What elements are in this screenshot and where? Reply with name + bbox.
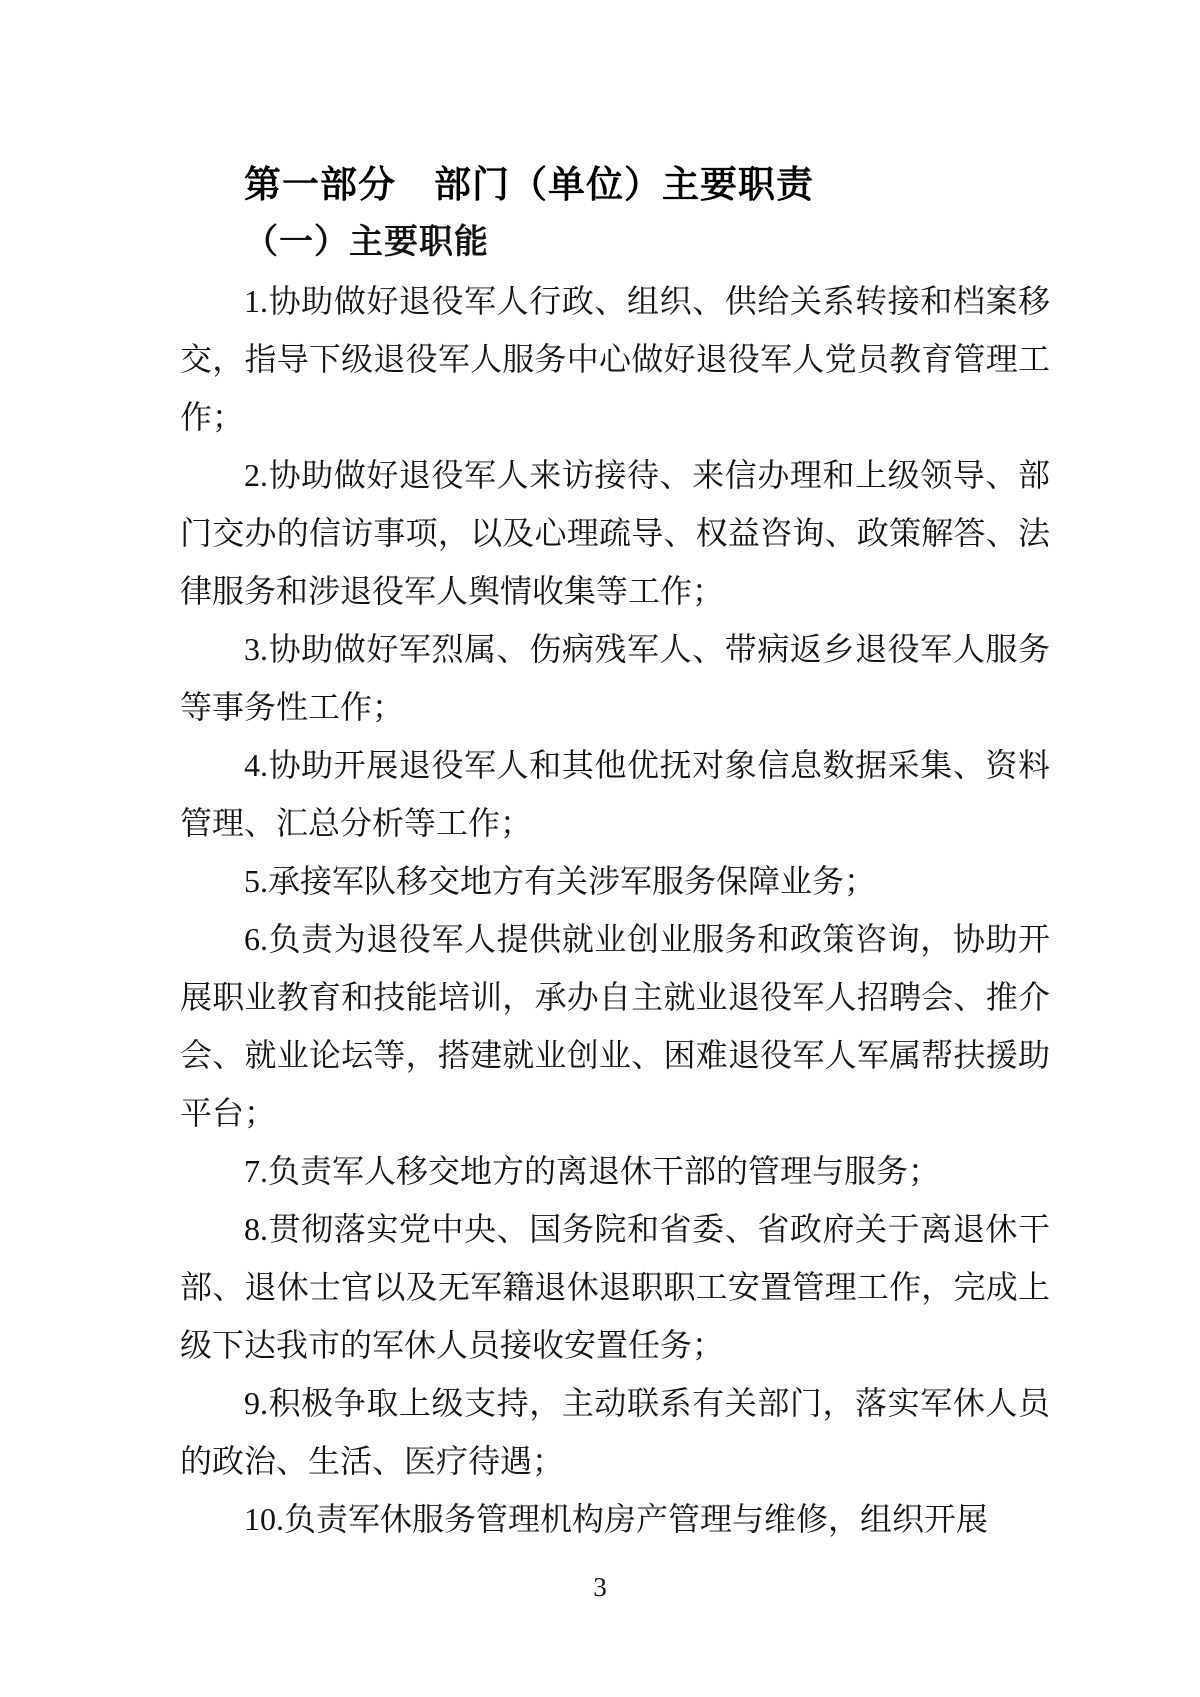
paragraph-3: 3.协助做好军烈属、伤病残军人、带病返乡退役军人服务等事务性工作； [180, 620, 1050, 736]
page-number: 3 [0, 1572, 1200, 1602]
paragraph-8: 8.贯彻落实党中央、国务院和省委、省政府关于离退休干部、退休士官以及无军籍退休退… [180, 1200, 1050, 1374]
section-heading: 第一部分 部门（单位）主要职责 [180, 156, 1050, 214]
document-page: 第一部分 部门（单位）主要职责 （一）主要职能 1.协助做好退役军人行政、组织、… [0, 0, 1200, 1697]
paragraph-9: 9.积极争取上级支持，主动联系有关部门，落实军休人员的政治、生活、医疗待遇； [180, 1374, 1050, 1490]
paragraph-4: 4.协助开展退役军人和其他优抚对象信息数据采集、资料管理、汇总分析等工作； [180, 736, 1050, 852]
paragraph-1: 1.协助做好退役军人行政、组织、供给关系转接和档案移交，指导下级退役军人服务中心… [180, 272, 1050, 446]
paragraph-7: 7.负责军人移交地方的离退休干部的管理与服务； [180, 1142, 1050, 1200]
paragraph-5: 5.承接军队移交地方有关涉军服务保障业务； [180, 852, 1050, 910]
paragraph-2: 2.协助做好退役军人来访接待、来信办理和上级领导、部门交办的信访事项，以及心理疏… [180, 446, 1050, 620]
text-block: 第一部分 部门（单位）主要职责 （一）主要职能 1.协助做好退役军人行政、组织、… [0, 0, 1200, 1548]
paragraph-6: 6.负责为退役军人提供就业创业服务和政策咨询，协助开展职业教育和技能培训，承办自… [180, 910, 1050, 1142]
paragraph-10: 10.负责军休服务管理机构房产管理与维修，组织开展 [180, 1490, 1050, 1548]
subsection-heading: （一）主要职能 [180, 214, 1050, 272]
